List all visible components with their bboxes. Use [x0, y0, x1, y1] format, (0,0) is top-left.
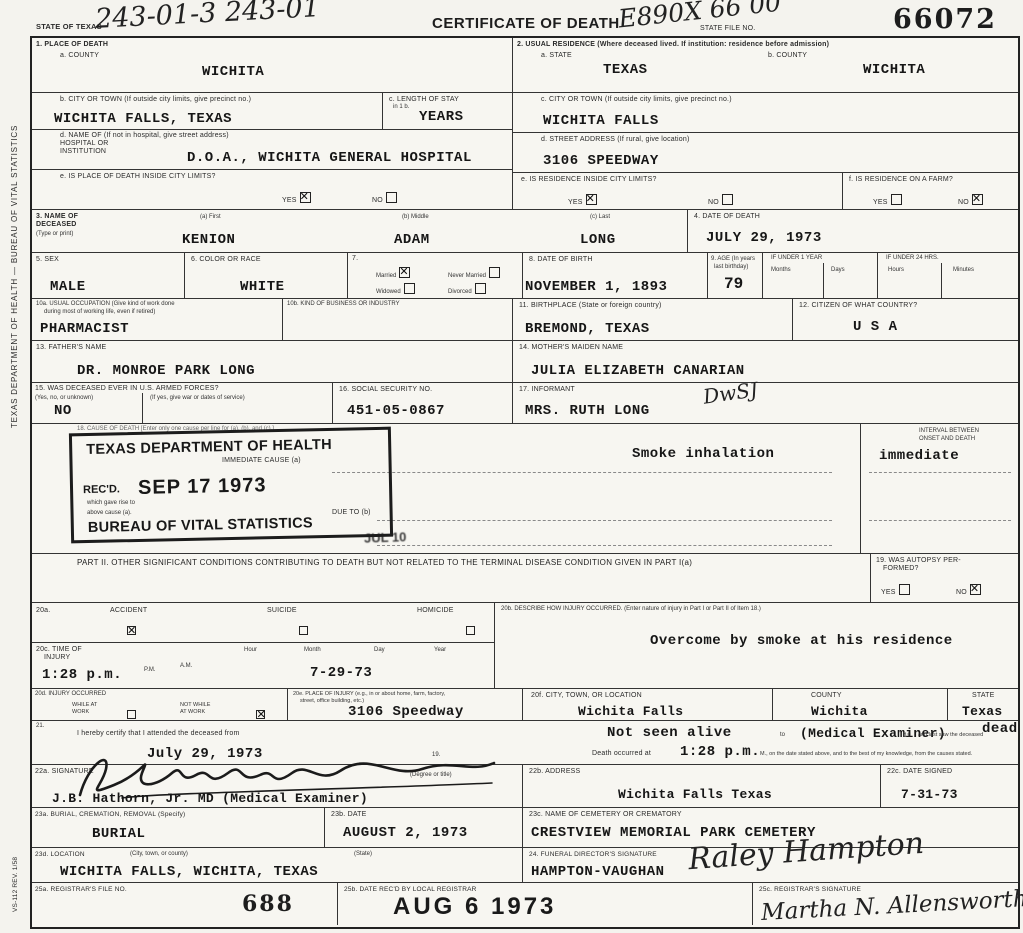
- residence-street-cell: d. STREET ADDRESS (If rural, give locati…: [512, 132, 1018, 172]
- city-value: WICHITA FALLS, TEXAS: [54, 111, 232, 127]
- stamp-recd-label: REC'D.: [83, 483, 120, 496]
- informant-label: 17. INFORMANT: [519, 386, 575, 393]
- burial-label: 23a. BURIAL, CREMATION, REMOVAL (Specify…: [35, 811, 185, 818]
- time-of-injury-cell: 20c. TIME OF INJURY Hour Month Day Year …: [32, 642, 494, 688]
- manner-label: 20a.: [36, 607, 50, 614]
- certify-text-4: M., on the date stated above, and to the…: [760, 751, 972, 757]
- name-label-1: 3. NAME OF: [36, 213, 78, 220]
- sex-value: MALE: [50, 279, 86, 295]
- checkbox: [386, 192, 397, 203]
- residence-city-label: c. CITY OR TOWN (If outside city limits,…: [541, 96, 732, 103]
- stamp-date: SEP 17 1973: [138, 474, 267, 500]
- received-stamp: TEXAS DEPARTMENT OF HEALTH REC'D. SEP 17…: [69, 427, 393, 544]
- cause-of-death-cell: 18. CAUSE OF DEATH [Enter only one cause…: [32, 423, 860, 553]
- residence-county-value: WICHITA: [863, 62, 925, 78]
- registrar-signature-cell: 25c. REGISTRAR'S SIGNATURE Martha N. All…: [752, 882, 1018, 925]
- left-margin-agency-text: TEXAS DEPARTMENT OF HEALTH — BUREAU OF V…: [10, 125, 19, 428]
- autopsy-cell: 19. WAS AUTOPSY PER- FORMED? YES NO: [870, 553, 1018, 602]
- residence-farm-yes: YES: [873, 194, 902, 206]
- am-label: A.M.: [180, 663, 192, 669]
- place-of-death-city-cell: b. CITY OR TOWN (If outside city limits,…: [32, 92, 382, 129]
- physician-typed-name: J.B. Hathorn, Jr. MD (Medical Examiner): [52, 791, 368, 806]
- injury-city-label: 20f. CITY, TOWN, OR LOCATION: [531, 692, 642, 699]
- informant-cell: 17. INFORMANT MRS. RUTH LONG DwSJ: [512, 382, 1018, 423]
- not-while-at-work-checkbox-checked: [256, 710, 265, 719]
- place-of-injury-label-1: 20e. PLACE OF INJURY (e.g., in or about …: [293, 691, 445, 697]
- birthplace-value: BREMOND, TEXAS: [525, 321, 650, 337]
- months-label: Months: [771, 267, 791, 273]
- injury-occurred-label: 20d. INJURY OCCURRED: [35, 691, 106, 697]
- homicide-label: HOMICIDE: [417, 607, 454, 614]
- mother-name-value: JULIA ELIZABETH CANARIAN: [531, 363, 745, 379]
- county-label: a. COUNTY: [60, 52, 99, 59]
- marital-married: Married: [376, 267, 410, 279]
- autopsy-yes: YES: [881, 584, 910, 596]
- age-label-2: last birthday): [714, 264, 748, 270]
- certificate-title: CERTIFICATE OF DEATH: [432, 15, 620, 32]
- date-of-death-label: 4. DATE OF DEATH: [694, 213, 760, 220]
- place-of-injury-value: 3106 Speedway: [348, 704, 464, 720]
- industry-label: 10b. KIND OF BUSINESS OR INDUSTRY: [287, 301, 400, 307]
- residence-street-value: 3106 SPEEDWAY: [543, 153, 659, 169]
- dashed-line: [869, 520, 1011, 521]
- mother-name-cell: 14. MOTHER'S MAIDEN NAME JULIA ELIZABETH…: [512, 340, 1018, 382]
- residence-farm-label: f. IS RESIDENCE ON A FARM?: [849, 176, 953, 183]
- industry-cell: 10b. KIND OF BUSINESS OR INDUSTRY: [282, 298, 512, 340]
- not-while-at-work-label-1: NOT WHILE: [180, 702, 210, 708]
- citizen-label: 12. CITIZEN OF WHAT COUNTRY?: [799, 302, 917, 309]
- last-name-label: (c) Last: [590, 214, 610, 220]
- first-name-value: KENION: [182, 232, 235, 248]
- burial-cell: 23a. BURIAL, CREMATION, REMOVAL (Specify…: [32, 807, 324, 847]
- middle-name-value: ADAM: [394, 232, 430, 248]
- burial-location-label: 23d. LOCATION: [35, 851, 85, 858]
- manner-of-death-cell: 20a. ACCIDENT SUICIDE HOMICIDE: [32, 602, 494, 642]
- city-label: b. CITY OR TOWN (If outside city limits,…: [60, 96, 251, 103]
- interval-label-2: ONSET AND DEATH: [919, 436, 975, 442]
- death-limits-no: NO: [372, 192, 397, 204]
- marital-widowed: Widowed: [376, 283, 415, 295]
- injury-occurred-cell: 20d. INJURY OCCURRED WHILE AT WORK NOT W…: [32, 688, 287, 720]
- describe-injury-value: Overcome by smoke at his residence: [650, 633, 953, 649]
- checkbox-checked: [586, 194, 597, 205]
- marital-status-cell: 7. Married Never Married Widowed Divorce…: [347, 252, 522, 298]
- ssn-value: 451-05-0867: [347, 403, 445, 419]
- burial-location-value: WICHITA FALLS, WICHITA, TEXAS: [60, 864, 318, 880]
- race-value: WHITE: [240, 279, 285, 295]
- injury-state-cell: STATE Texas: [947, 688, 1018, 720]
- name-label-2: DECEASED: [36, 221, 77, 228]
- certify-text-3: Death occurred at: [592, 750, 651, 757]
- certify-text-1: I hereby certify that I attended the dec…: [77, 730, 240, 737]
- occupation-cell: 10a. USUAL OCCUPATION (Give kind of work…: [32, 298, 282, 340]
- part-ii-label: PART II. OTHER SIGNIFICANT CONDITIONS CO…: [77, 558, 692, 567]
- injury-county-cell: COUNTY Wichita: [772, 688, 947, 720]
- first-name-label: (a) First: [200, 214, 221, 220]
- homicide-checkbox: [466, 626, 475, 635]
- dashed-line: [332, 472, 832, 473]
- checkbox: [722, 194, 733, 205]
- residence-farm-no: NO: [958, 194, 983, 206]
- time-of-injury-label-2: INJURY: [44, 654, 70, 661]
- certify-text-2: and last saw the deceased: [918, 732, 983, 738]
- hospital-label-2: HOSPITAL OR: [60, 140, 109, 147]
- race-cell: 6. COLOR OR RACE WHITE: [184, 252, 347, 298]
- hospital-cell: d. NAME OF (If not in hospital, give str…: [32, 129, 512, 169]
- name-of-deceased-cell: 3. NAME OF DECEASED (Type or print) (a) …: [32, 209, 687, 252]
- age-label-1: 9. AGE (In years: [711, 256, 755, 262]
- accident-label: ACCIDENT: [110, 607, 147, 614]
- registrar-file-value: 688: [242, 891, 294, 917]
- father-name-cell: 13. FATHER'S NAME DR. MONROE PARK LONG: [32, 340, 512, 382]
- county-value: WICHITA: [202, 64, 264, 80]
- residence-limits-no: NO: [708, 194, 733, 206]
- citizen-cell: 12. CITIZEN OF WHAT COUNTRY? U S A: [792, 298, 1018, 340]
- certificate-form: 1. PLACE OF DEATH a. COUNTY WICHITA b. C…: [30, 36, 1020, 929]
- divider: [142, 393, 143, 424]
- birthplace-cell: 11. BIRTHPLACE (State or foreign country…: [512, 298, 792, 340]
- funeral-director-cell: 24. FUNERAL DIRECTOR'S SIGNATURE HAMPTON…: [522, 847, 1018, 882]
- interval-cell: INTERVAL BETWEEN ONSET AND DEATH immedia…: [860, 423, 1018, 553]
- checkbox: [891, 194, 902, 205]
- father-name-label: 13. FATHER'S NAME: [36, 344, 106, 351]
- describe-injury-label: 20b. DESCRIBE HOW INJURY OCCURRED. (Ente…: [501, 606, 761, 612]
- hours-label: Hours: [888, 267, 904, 273]
- under-1-year-cell: IF UNDER 1 YEAR Months Days: [762, 252, 877, 298]
- place-of-injury-cell: 20e. PLACE OF INJURY (e.g., in or about …: [287, 688, 522, 720]
- date-of-birth-label: 8. DATE OF BIRTH: [529, 256, 593, 263]
- citizen-value: U S A: [853, 319, 898, 335]
- armed-forces-value: NO: [54, 403, 72, 419]
- registrar-date-label: 25b. DATE REC'D BY LOCAL REGISTRAR: [344, 886, 477, 893]
- father-name-value: DR. MONROE PARK LONG: [77, 363, 255, 379]
- registrar-signature-label: 25c. REGISTRAR'S SIGNATURE: [759, 886, 861, 893]
- day-label: Day: [374, 647, 385, 653]
- death-city-limits-cell: e. IS PLACE OF DEATH INSIDE CITY LIMITS?…: [32, 169, 512, 209]
- while-at-work-label-1: WHILE AT: [72, 702, 97, 708]
- residence-county-label: b. COUNTY: [768, 52, 807, 59]
- residence-limits-label: e. IS RESIDENCE INSIDE CITY LIMITS?: [521, 176, 657, 183]
- certify-time-value: 1:28 p.m.: [680, 744, 760, 760]
- immediate-cause-value: Smoke inhalation: [632, 446, 774, 462]
- marital-never-married: Never Married: [448, 267, 500, 279]
- under-24-hrs-cell: IF UNDER 24 HRS. Hours Minutes: [877, 252, 1018, 298]
- residence-title: 2. USUAL RESIDENCE (Where deceased lived…: [517, 41, 829, 48]
- time-of-injury-value: 1:28 p.m.: [42, 667, 122, 683]
- residence-farm-cell: f. IS RESIDENCE ON A FARM? YES NO: [842, 172, 1018, 209]
- describe-injury-cell: 20b. DESCRIBE HOW INJURY OCCURRED. (Ente…: [494, 602, 1018, 688]
- hour-label: Hour: [244, 647, 257, 653]
- armed-forces-cell: 15. WAS DECEASED EVER IN U.S. ARMED FORC…: [32, 382, 332, 423]
- injury-city-value: Wichita Falls: [578, 704, 683, 719]
- certify-year-label: 19: [904, 733, 911, 739]
- physician-signature-cell: 22a. SIGNATURE (Degree or title) J.B. Ha…: [32, 764, 522, 807]
- under-1-year-label: IF UNDER 1 YEAR: [771, 255, 822, 261]
- divider: [941, 263, 942, 299]
- autopsy-no: NO: [956, 584, 981, 596]
- residence-city-value: WICHITA FALLS: [543, 113, 659, 129]
- cemetery-label: 23c. NAME OF CEMETERY OR CREMATORY: [529, 811, 682, 818]
- checkbox: [404, 283, 415, 294]
- funeral-home-value: HAMPTON-VAUGHAN: [531, 864, 665, 880]
- burial-date-label: 23b. DATE: [331, 811, 367, 818]
- residence-city-cell: c. CITY OR TOWN (If outside city limits,…: [512, 92, 1018, 132]
- time-of-injury-label-1: 20c. TIME OF: [36, 646, 82, 653]
- name-label-3: (Type or print): [36, 231, 73, 237]
- checkbox: [899, 584, 910, 595]
- while-at-work-label-2: WORK: [72, 709, 89, 715]
- minutes-label: Minutes: [953, 267, 974, 273]
- armed-forces-sublabel-2: (If yes, give war or dates of service): [150, 395, 245, 401]
- date-of-birth-value: NOVEMBER 1, 1893: [525, 279, 667, 295]
- burial-value: BURIAL: [92, 826, 145, 842]
- armed-forces-label: 15. WAS DECEASED EVER IN U.S. ARMED FORC…: [35, 385, 219, 392]
- place-of-death-title: 1. PLACE OF DEATH: [36, 41, 108, 48]
- year-label: Year: [434, 647, 446, 653]
- hospital-label-1: d. NAME OF (If not in hospital, give str…: [60, 132, 229, 139]
- residence-limits-yes: YES: [568, 194, 597, 206]
- date-of-death-cell: 4. DATE OF DEATH JULY 29, 1973: [687, 209, 1018, 252]
- burial-date-cell: 23b. DATE AUGUST 2, 1973: [324, 807, 522, 847]
- date-of-birth-cell: 8. DATE OF BIRTH NOVEMBER 1, 1893: [522, 252, 707, 298]
- race-label: 6. COLOR OR RACE: [191, 256, 261, 263]
- handwritten-file-code: 243-01-3 243-01: [94, 0, 320, 35]
- funeral-director-label: 24. FUNERAL DIRECTOR'S SIGNATURE: [529, 851, 657, 858]
- days-label: Days: [831, 267, 845, 273]
- certify-to-label: to: [780, 732, 785, 738]
- mother-name-label: 14. MOTHER'S MAIDEN NAME: [519, 344, 623, 351]
- checkbox-checked: [300, 192, 311, 203]
- state-sublabel: (State): [354, 851, 372, 857]
- date-signed-label: 22c. DATE SIGNED: [887, 768, 952, 775]
- state-file-number: 66072: [893, 4, 997, 35]
- residence-state-label: a. STATE: [541, 52, 572, 59]
- registrar-file-label: 25a. REGISTRAR'S FILE NO.: [35, 886, 127, 893]
- injury-county-value: Wichita: [811, 704, 868, 719]
- birthplace-label: 11. BIRTHPLACE (State or foreign country…: [519, 302, 662, 309]
- length-of-stay-label: c. LENGTH OF STAY: [389, 96, 459, 103]
- marital-label: 7.: [352, 255, 358, 262]
- registrar-date-cell: 25b. DATE REC'D BY LOCAL REGISTRAR AUG 6…: [337, 882, 752, 925]
- marital-divorced: Divorced: [448, 283, 486, 295]
- place-of-death-county-cell: 1. PLACE OF DEATH a. COUNTY WICHITA: [32, 38, 512, 92]
- age-cell: 9. AGE (In years last birthday) 79: [707, 252, 762, 298]
- hospital-label-3: INSTITUTION: [60, 148, 106, 155]
- checkbox: [475, 283, 486, 294]
- physician-address-cell: 22b. ADDRESS Wichita Falls Texas: [522, 764, 880, 807]
- date-of-injury-value: 7-29-73: [310, 665, 372, 681]
- middle-name-label: (b) Middle: [402, 214, 429, 220]
- under-24-hrs-label: IF UNDER 24 HRS.: [886, 255, 939, 261]
- death-certificate-scan: STATE OF TEXAS 243-01-3 243-01 CERTIFICA…: [0, 0, 1023, 933]
- informant-value: MRS. RUTH LONG: [525, 403, 650, 419]
- burial-location-cell: 23d. LOCATION (City, town, or county) (S…: [32, 847, 522, 882]
- sex-label: 5. SEX: [36, 256, 59, 263]
- age-value: 79: [724, 275, 743, 293]
- address-label: 22b. ADDRESS: [529, 768, 580, 775]
- divider: [823, 263, 824, 299]
- injury-county-label: COUNTY: [811, 692, 842, 699]
- dashed-line: [377, 520, 832, 521]
- residence-street-label: d. STREET ADDRESS (If rural, give locati…: [541, 136, 690, 143]
- interval-value: immediate: [879, 448, 959, 464]
- residence-state-value: TEXAS: [603, 62, 648, 78]
- suicide-checkbox: [299, 626, 308, 635]
- item-21-label: 21.: [36, 723, 44, 729]
- dashed-line: [377, 545, 832, 546]
- sex-cell: 5. SEX MALE: [32, 252, 184, 298]
- ssn-cell: 16. SOCIAL SECURITY NO. 451-05-0867: [332, 382, 512, 423]
- not-while-at-work-label-2: AT WORK: [180, 709, 205, 715]
- date-of-death-value: JULY 29, 1973: [706, 230, 822, 246]
- checkbox-checked: [399, 267, 410, 278]
- state-file-no-label: STATE FILE NO.: [700, 25, 755, 32]
- injury-state-value: Texas: [962, 704, 1003, 719]
- last-name-value: LONG: [580, 232, 616, 248]
- checkbox-checked: [970, 584, 981, 595]
- registrar-file-cell: 25a. REGISTRAR'S FILE NO. 688: [32, 882, 337, 925]
- length-of-stay-cell: c. LENGTH OF STAY in 1 b. YEARS: [382, 92, 512, 129]
- burial-date-value: AUGUST 2, 1973: [343, 825, 468, 841]
- form-number-text: VS-112 REV. 1/58: [12, 857, 19, 912]
- informant-handwritten-initials: DwSJ: [702, 377, 760, 408]
- death-city-limits-label: e. IS PLACE OF DEATH INSIDE CITY LIMITS?: [60, 173, 216, 180]
- injury-city-cell: 20f. CITY, TOWN, OR LOCATION Wichita Fal…: [522, 688, 772, 720]
- residence-state-county-cell: 2. USUAL RESIDENCE (Where deceased lived…: [512, 38, 1018, 92]
- stamp-bureau-line: BUREAU OF VITAL STATISTICS: [88, 515, 313, 536]
- residence-city-limits-cell: e. IS RESIDENCE INSIDE CITY LIMITS? YES …: [512, 172, 842, 209]
- suicide-label: SUICIDE: [267, 607, 297, 614]
- state-of-texas-label: STATE OF TEXAS: [36, 22, 102, 31]
- pm-small-label: P.M.: [144, 667, 156, 673]
- stamp-agency-line: TEXAS DEPARTMENT OF HEALTH: [86, 437, 332, 458]
- length-of-stay-value: YEARS: [419, 109, 464, 125]
- injury-state-label: STATE: [972, 692, 995, 699]
- address-value: Wichita Falls Texas: [618, 787, 772, 802]
- city-town-county-sublabel: (City, town, or county): [130, 851, 188, 857]
- part-ii-cell: PART II. OTHER SIGNIFICANT CONDITIONS CO…: [32, 553, 870, 602]
- death-limits-yes: YES: [282, 192, 311, 204]
- dashed-line: [869, 472, 1011, 473]
- certify-dead-value: dead: [982, 721, 1018, 737]
- interval-label-1: INTERVAL BETWEEN: [919, 428, 979, 434]
- armed-forces-sublabel-1: (Yes, no, or unknown): [35, 395, 93, 401]
- certify-from-value: Not seen alive: [607, 725, 732, 741]
- occupation-value: PHARMACIST: [40, 321, 129, 337]
- checkbox: [489, 267, 500, 278]
- date-signed-cell: 22c. DATE SIGNED 7-31-73: [880, 764, 1018, 807]
- occupation-label-2: during most of working life, even if ret…: [44, 309, 155, 315]
- autopsy-label-2: FORMED?: [883, 565, 919, 572]
- ssn-label: 16. SOCIAL SECURITY NO.: [339, 386, 432, 393]
- registrar-date-stamp: AUG 6 1973: [393, 893, 556, 921]
- date-signed-value: 7-31-73: [901, 787, 958, 802]
- accident-checkbox-checked: [127, 626, 136, 635]
- month-label: Month: [304, 647, 321, 653]
- while-at-work-checkbox: [127, 710, 136, 719]
- hospital-value: D.O.A., WICHITA GENERAL HOSPITAL: [187, 150, 472, 166]
- autopsy-label-1: 19. WAS AUTOPSY PER-: [876, 557, 961, 564]
- length-of-stay-sublabel: in 1 b.: [393, 104, 409, 110]
- checkbox-checked: [972, 194, 983, 205]
- occupation-label-1: 10a. USUAL OCCUPATION (Give kind of work…: [36, 301, 175, 307]
